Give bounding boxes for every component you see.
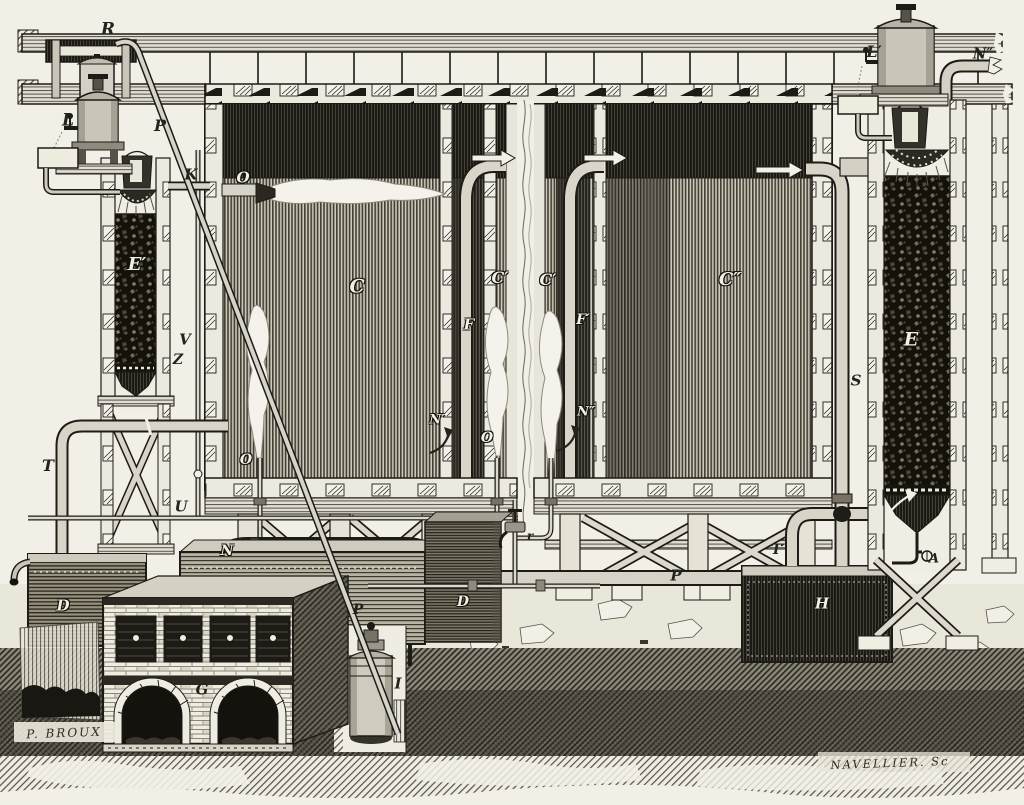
regulator-R <box>46 40 136 98</box>
overhead-beams <box>18 30 1014 104</box>
engraving-canvas <box>0 0 1024 805</box>
coke-column-E <box>884 176 950 486</box>
engraving-page: P. BROUX NAVELLIER. Sc RLPKOE′VZCFC′N′OC… <box>0 0 1024 805</box>
coke-column-E1 <box>115 214 156 364</box>
condenser-stack <box>425 512 512 642</box>
hanger-rods <box>210 52 978 84</box>
